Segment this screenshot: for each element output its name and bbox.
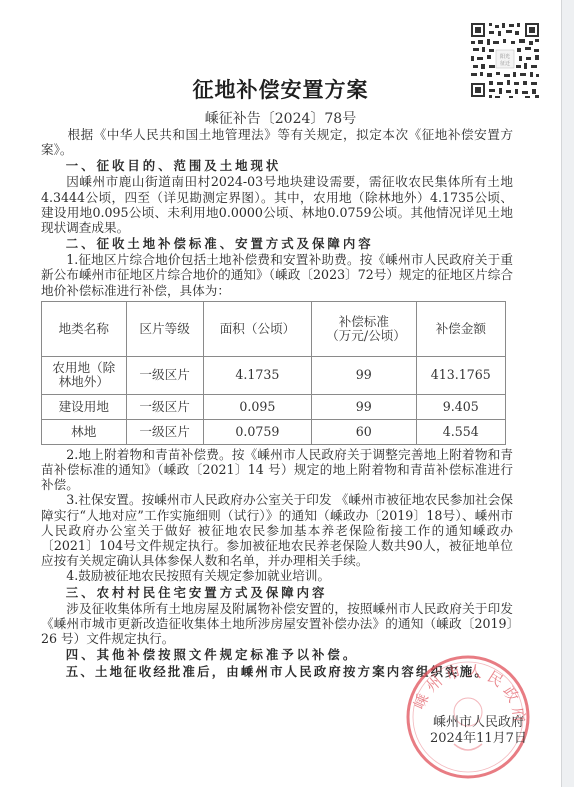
table-header-cell: 补偿标准（万元/公顷）: [312, 301, 416, 356]
section-2-item-1: 1.征地区片综合地价包括土地补偿费和安置补助费。按《嵊州市人民政府关于重新公布嵊…: [41, 252, 513, 298]
document-body: 根据《中华人民共和国土地管理法》等有关规定，拟定本次《征地补偿安置方案》。 一、…: [41, 127, 513, 680]
table-header-cell: 地类名称: [42, 301, 127, 356]
table-header-row: 地类名称 区片等级 面积（公顷） 补偿标准（万元/公顷） 补偿金额: [42, 301, 506, 356]
svg-text:征迁: 征迁: [500, 60, 510, 67]
table-cell: 99: [312, 356, 416, 394]
table-cell: 413.1765: [416, 356, 506, 394]
issuer-name: 嵊州市人民政府: [430, 715, 527, 731]
table-cell: 0.0759: [203, 419, 311, 444]
section-2-item-2: 2.地上附着物和青苗补偿费。按《嵊州市人民政府关于调整完善地上附着物和青苗补偿标…: [41, 447, 513, 493]
table-cell: 建设用地: [42, 394, 127, 419]
table-cell: 4.554: [416, 419, 506, 444]
document-title: 征地补偿安置方案: [0, 74, 561, 104]
table-header-cell: 补偿金额: [416, 301, 506, 356]
table-cell: 4.1735: [203, 356, 311, 394]
section-1-heading: 一、征收目的、范围及土地现状: [41, 157, 513, 174]
table-row: 林地 一级区片 0.0759 60 4.554: [42, 419, 506, 444]
section-3-heading: 三、农村村民住宅安置方式及保障内容: [41, 584, 513, 601]
table-cell: 一级区片: [126, 419, 203, 444]
table-cell: 60: [312, 419, 416, 444]
table-cell: 9.405: [416, 394, 506, 419]
viewer-scroll-gutter[interactable]: [561, 0, 574, 787]
table-row: 建设用地 一级区片 0.095 99 9.405: [42, 394, 506, 419]
table-header-cell: 面积（公顷）: [203, 301, 311, 356]
intro-paragraph: 根据《中华人民共和国土地管理法》等有关规定，拟定本次《征地补偿安置方案》。: [41, 127, 513, 157]
table-cell: 一级区片: [126, 394, 203, 419]
document-page: 阳光 征迁 征地补偿安置方案 嵊征补告〔2024〕78号 根据《中华人民共和国土…: [0, 0, 561, 787]
issue-date: 2024年11月7日: [430, 731, 527, 747]
table-cell: 99: [312, 394, 416, 419]
table-cell: 0.095: [203, 394, 311, 419]
section-2-heading: 二、征收土地补偿标准、安置方式及保障内容: [41, 235, 513, 252]
section-3-paragraph: 涉及征收集体所有土地房屋及附属物补偿安置的，按照嵊州市人民政府关于印发《嵊州市城…: [41, 601, 513, 647]
table-row: 农用地（除林地外） 一级区片 4.1735 99 413.1765: [42, 356, 506, 394]
table-cell: 一级区片: [126, 356, 203, 394]
section-1-paragraph: 因嵊州市鹿山街道南田村2024-03号地块建设需要，需征收农民集体所有土地4.3…: [41, 174, 513, 235]
signature-block: 嵊州市人民政府 2024年11月7日: [430, 715, 527, 747]
document-number: 嵊征补告〔2024〕78号: [0, 108, 561, 128]
compensation-table: 地类名称 区片等级 面积（公顷） 补偿标准（万元/公顷） 补偿金额 农用地（除林…: [41, 301, 506, 445]
table-cell: 农用地（除林地外）: [42, 356, 127, 394]
table-header-cell: 区片等级: [126, 301, 203, 356]
svg-text:阳光: 阳光: [500, 53, 510, 60]
section-2-item-3: 3.社保安置。按嵊州市人民政府办公室关于印发 《嵊州市被征地农民参加社会保障实行…: [41, 492, 513, 568]
table-cell: 林地: [42, 419, 127, 444]
section-2-item-4: 4.鼓励被征地农民按照有关规定参加就业培训。: [41, 568, 513, 583]
